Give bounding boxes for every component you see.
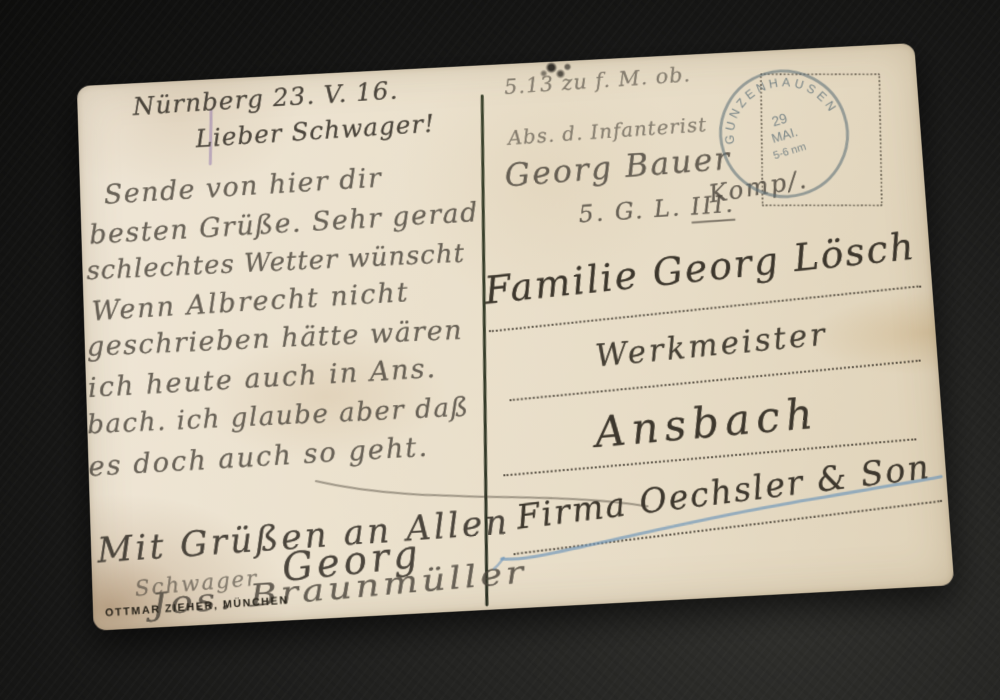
- sender-faint-note: 5.13 zu f. M. ob.: [503, 63, 691, 99]
- address-line-1: Familie Georg Lösch: [482, 224, 918, 312]
- sender-unit-prefix: 5. G. L.: [577, 194, 682, 229]
- message-line: Sende von hier dir: [103, 163, 383, 211]
- salutation: Lieber Schwager!: [195, 109, 436, 153]
- postcard: Nürnberg 23. V. 16. Lieber Schwager! Sen…: [77, 43, 955, 631]
- address-line-2: Werkmeister: [594, 316, 830, 374]
- address-line-3: Ansbach: [593, 388, 821, 457]
- sender-line-2: Georg Bauer: [503, 139, 733, 194]
